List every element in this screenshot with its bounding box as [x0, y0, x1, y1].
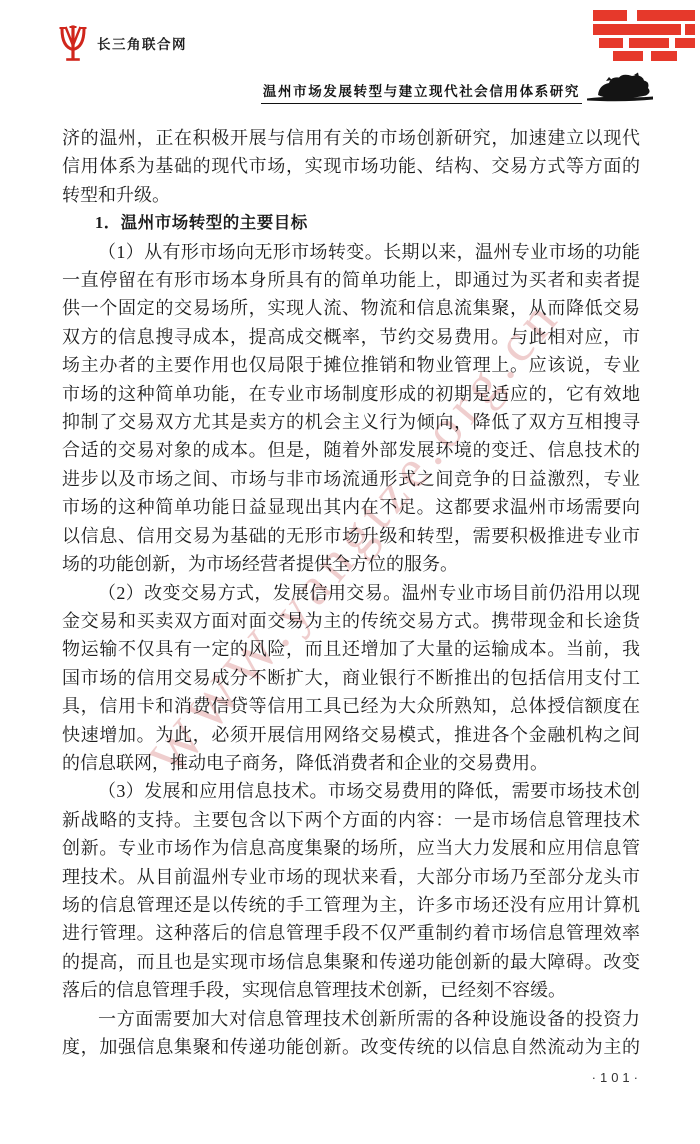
text-line: 国市场的信用交易成分不断扩大，商业银行不断推出的包括信用支付工	[62, 664, 640, 692]
text-line: 进步以及市场之间、市场与非市场流通形式之间竞争的日益激烈，专业	[62, 465, 640, 493]
text-line: 转型和升级。	[62, 181, 640, 209]
text-line: （3）发展和应用信息技术。市场交易费用的降低，需要市场技术创	[62, 777, 640, 805]
body-text: 济的温州，正在积极开展与信用有关的市场创新研究，加速建立以现代信用体系为基础的现…	[62, 124, 640, 1061]
text-line: 济的温州，正在积极开展与信用有关的市场创新研究，加速建立以现代	[62, 124, 640, 152]
text-line: 度，加强信息集聚和传递功能创新。改变传统的以信息自然流动为主的	[62, 1033, 640, 1061]
text-line: 新战略的支持。主要包含以下两个方面的内容：一是市场信息管理技术	[62, 806, 640, 834]
text-line: 快速增加。为此，必须开展信用网络交易模式，推进各个金融机构之间	[62, 721, 640, 749]
site-brand: 长三角联合网	[58, 22, 187, 64]
text-line: 一直停留在有形市场本身所具有的简单功能上，即通过为买者和卖者提	[62, 266, 640, 294]
text-line: 场主办者的主要作用也仅局限于摊位推销和物业管理上。应该说，专业	[62, 351, 640, 379]
brand-name: 长三角联合网	[97, 33, 187, 53]
text-line: （2）改变交易方式，发展信用交易。温州专业市场目前仍沿用以现	[62, 579, 640, 607]
running-header: 温州市场发展转型与建立现代社会信用体系研究	[60, 80, 582, 104]
text-line: 场的信息管理还是以传统的手工管理为主，许多市场还没有应用计算机	[62, 891, 640, 919]
text-line: 供一个固定的交易场所，实现人流、物流和信息流集聚，从而降低交易	[62, 294, 640, 322]
text-line: 进行管理。这种落后的信息管理手段不仅严重制约着市场信息管理效率	[62, 919, 640, 947]
text-line: 信用体系为基础的现代市场，实现市场功能、结构、交易方式等方面的	[62, 152, 640, 180]
text-line: 落后的信息管理手段，实现信息管理技术创新，已经刻不容缓。	[62, 976, 640, 1004]
running-header-title: 温州市场发展转型与建立现代社会信用体系研究	[261, 80, 582, 104]
text-line: 物运输不仅具有一定的风险，而且还增加了大量的运输成本。当前，我	[62, 635, 640, 663]
text-line: 抑制了交易双方尤其是卖方的机会主义行为倾向，降低了双方互相搜寻	[62, 408, 640, 436]
ox-ink-painting-icon	[586, 72, 654, 109]
text-line: 场的功能创新，为市场经营者提供全方位的服务。	[62, 550, 640, 578]
red-pixel-stamp	[593, 10, 695, 62]
text-line: 合适的交易对象的成本。但是，随着外部发展环境的变迁、信息技术的	[62, 436, 640, 464]
page-number: ·101·	[592, 1070, 642, 1085]
text-line: 的提高，而且也是实现市场信息集聚和传递功能创新的最大障碍。改变	[62, 948, 640, 976]
text-line: 市场的这种简单功能，在专业市场制度形成的初期是适应的，它有效地	[62, 380, 640, 408]
text-line: 具，信用卡和消费信贷等信用工具已经为大众所熟知，总体授信额度在	[62, 692, 640, 720]
text-line: 市场的这种简单功能日益显现出其内在不足。这都要求温州市场需要向	[62, 493, 640, 521]
text-line: 金交易和买卖双方面对面交易为主的传统交易方式。携带现金和长途货	[62, 607, 640, 635]
text-line: 的信息联网，推动电子商务，降低消费者和企业的交易费用。	[62, 749, 640, 777]
text-line: 理技术。从目前温州专业市场的现状来看，大部分市场乃至部分龙头市	[62, 863, 640, 891]
psi-trident-icon	[58, 22, 88, 64]
text-line: （1）从有形市场向无形市场转变。长期以来，温州专业市场的功能	[62, 238, 640, 266]
text-line: 创新。专业市场作为信息高度集聚的场所，应当大力发展和应用信息管	[62, 834, 640, 862]
text-line: 双方的信息搜寻成本，提高成交概率，节约交易费用。与此相对应，市	[62, 323, 640, 351]
text-line: 一方面需要加大对信息管理技术创新所需的各种设施设备的投资力	[62, 1005, 640, 1033]
text-line: 以信息、信用交易为基础的无形市场升级和转型，需要积极推进专业市	[62, 522, 640, 550]
section-heading: 1．温州市场转型的主要目标	[62, 209, 640, 237]
